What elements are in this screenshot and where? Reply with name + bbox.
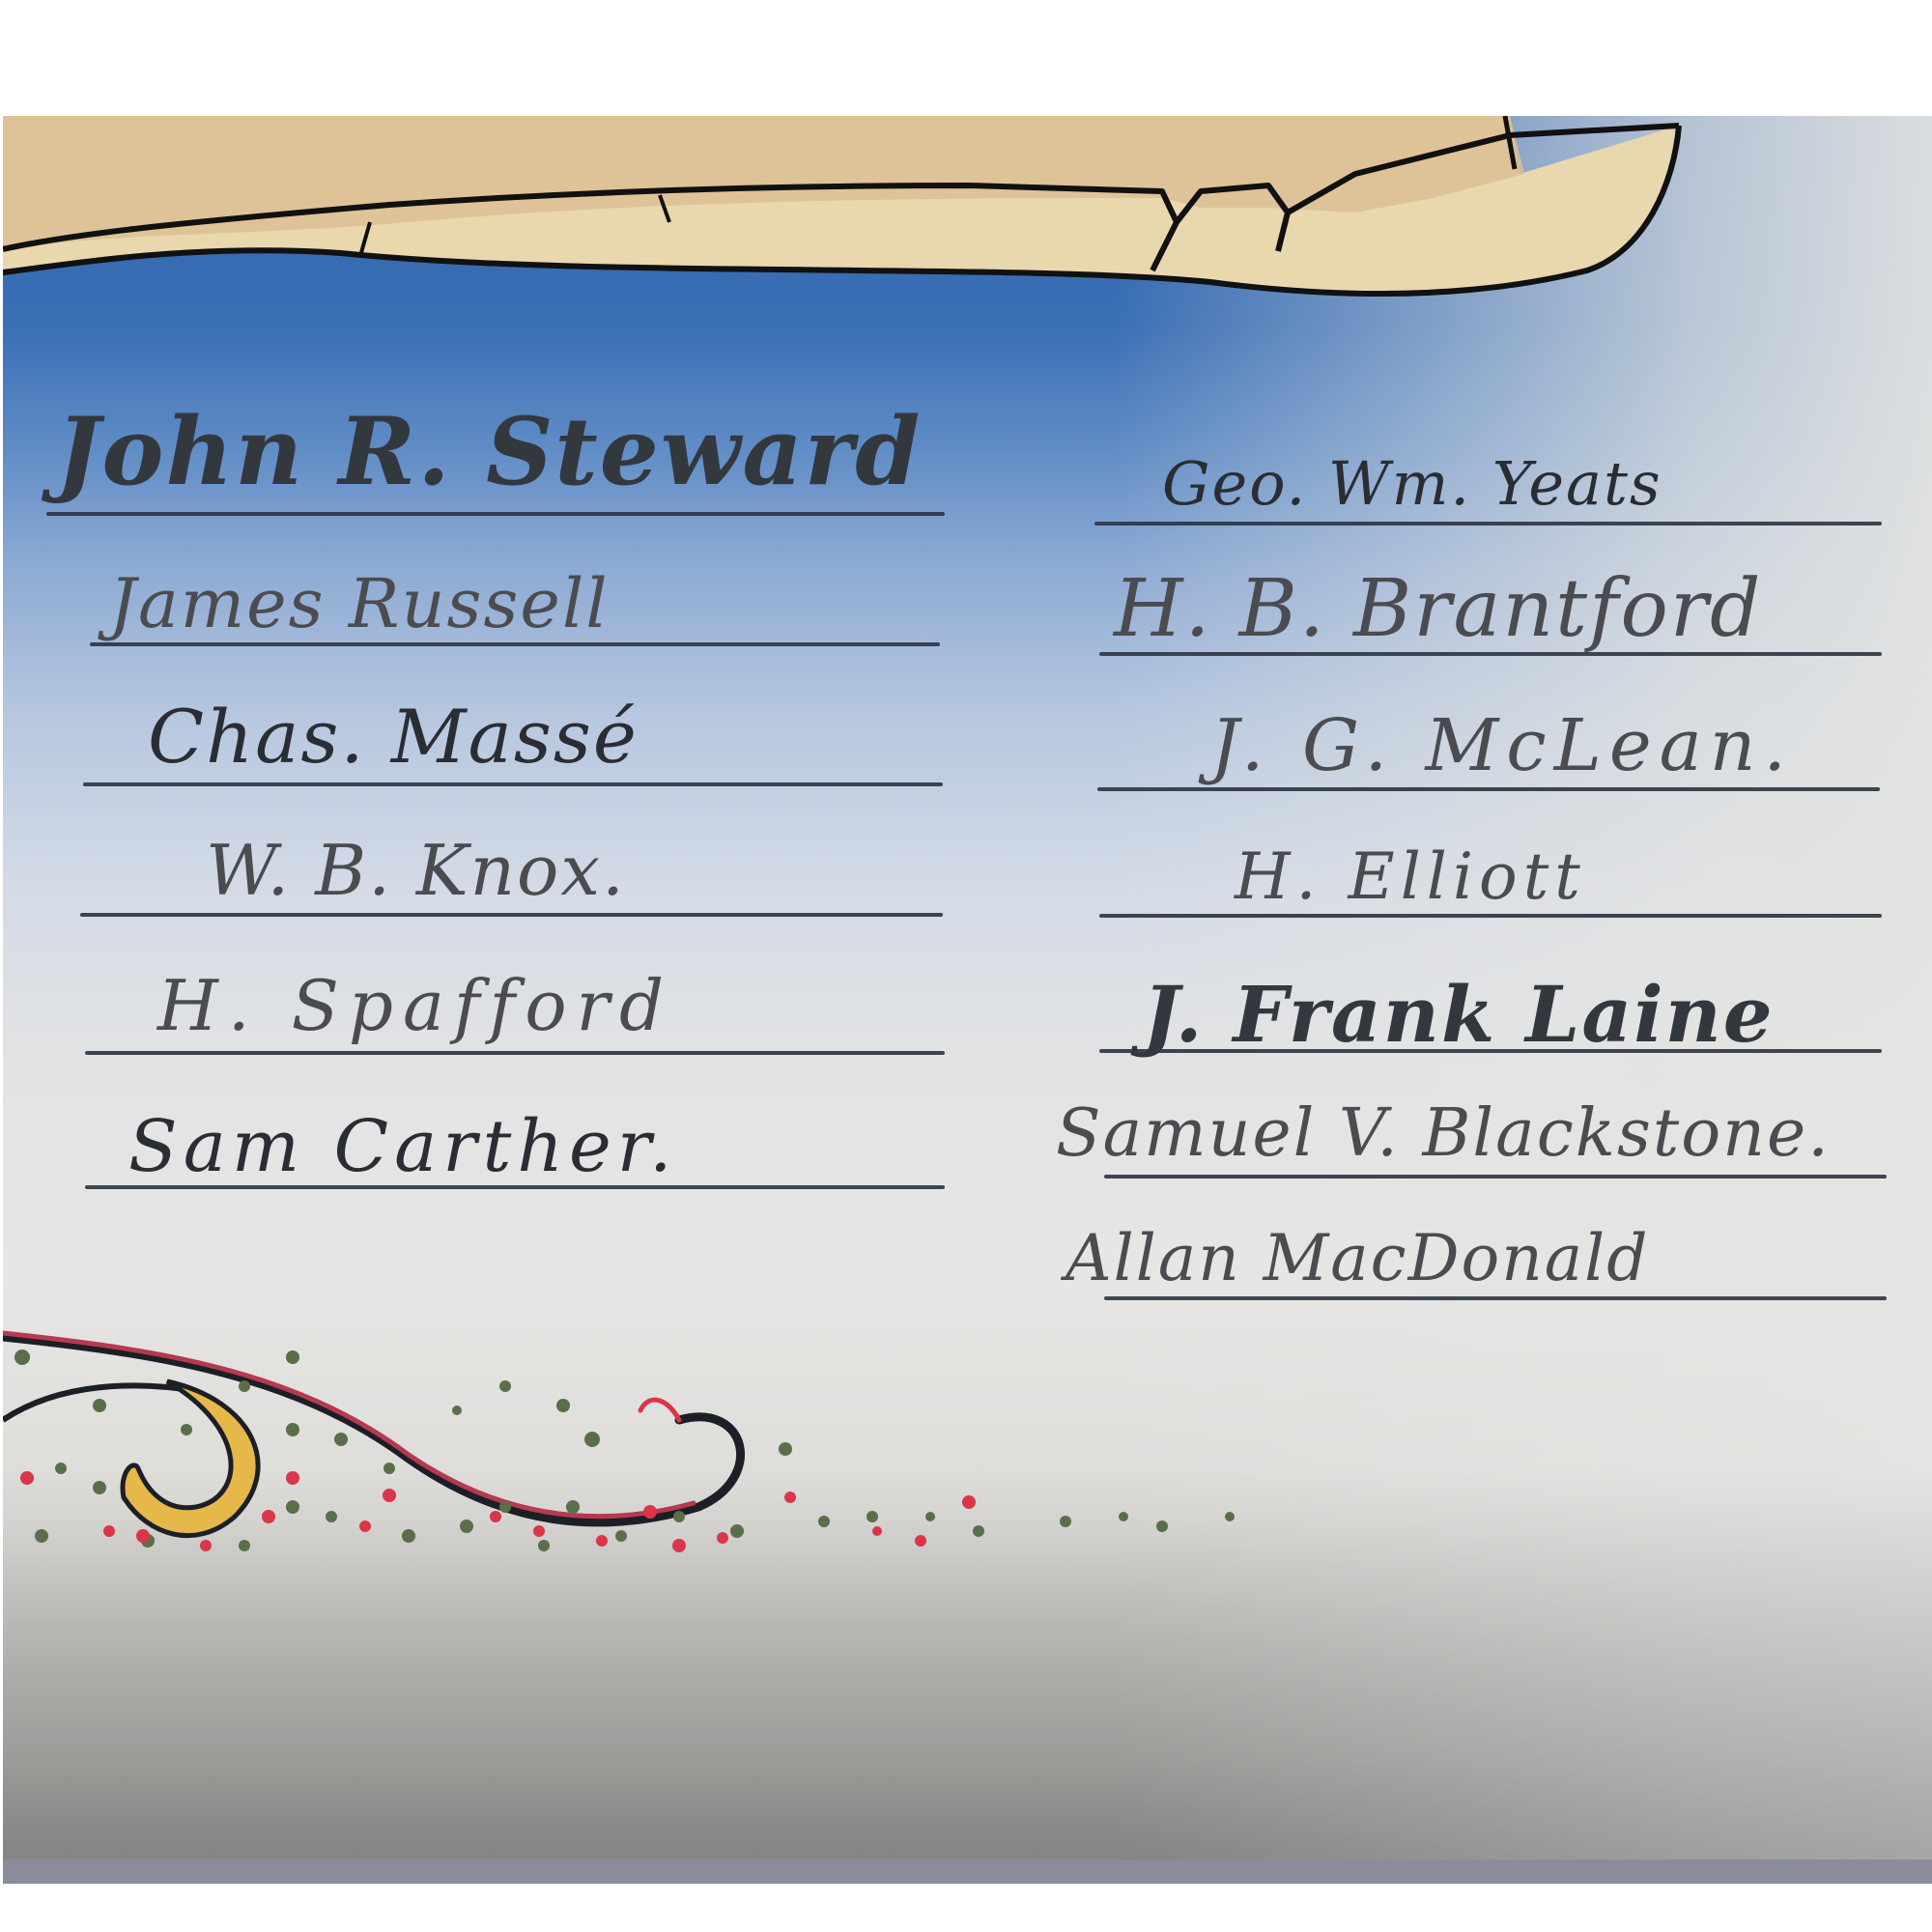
signature-james-russell: James Russell xyxy=(109,570,610,638)
signature-h-elliott: H. Elliott xyxy=(1235,845,1586,909)
paper-edge xyxy=(3,1860,1932,1884)
document-photo: John R. Steward James Russell Chas. Mass… xyxy=(3,116,1932,1884)
signature-line xyxy=(46,512,945,516)
signature-chas-masse: Chas. Massé xyxy=(148,700,639,774)
signature-geo-wm-yeats: Geo. Wm. Yeats xyxy=(1162,454,1662,514)
signature-h-spafford: H. Spafford xyxy=(157,971,673,1040)
signature-samuel-v-blackstone: Samuel V. Blackstone. xyxy=(1056,1101,1831,1167)
signature-sam-carther: Sam Carther. xyxy=(128,1111,678,1182)
signature-john-r-steward: John R. Steward xyxy=(56,406,922,498)
signature-line xyxy=(1097,787,1880,791)
signature-w-b-knox: W. B. Knox. xyxy=(206,836,626,905)
signature-line xyxy=(1094,522,1882,526)
signature-line xyxy=(1104,1296,1887,1300)
ship-hull-illustration xyxy=(3,116,1932,338)
signature-j-frank-laine: J. Frank Laine xyxy=(1143,976,1775,1053)
signature-line xyxy=(83,782,943,786)
signature-line xyxy=(1099,914,1882,918)
signature-j-g-mclean: J. G. McLean. xyxy=(1210,710,1794,781)
signature-line xyxy=(85,1051,945,1055)
signature-allan-macdonald: Allan MacDonald xyxy=(1065,1227,1649,1291)
crescent-moon-icon xyxy=(123,1381,258,1536)
signature-h-b-brantford: H. B. Brantford xyxy=(1114,570,1763,649)
signature-line xyxy=(1104,1175,1887,1179)
signature-line xyxy=(80,913,943,917)
decorative-swirl xyxy=(3,1314,1355,1565)
